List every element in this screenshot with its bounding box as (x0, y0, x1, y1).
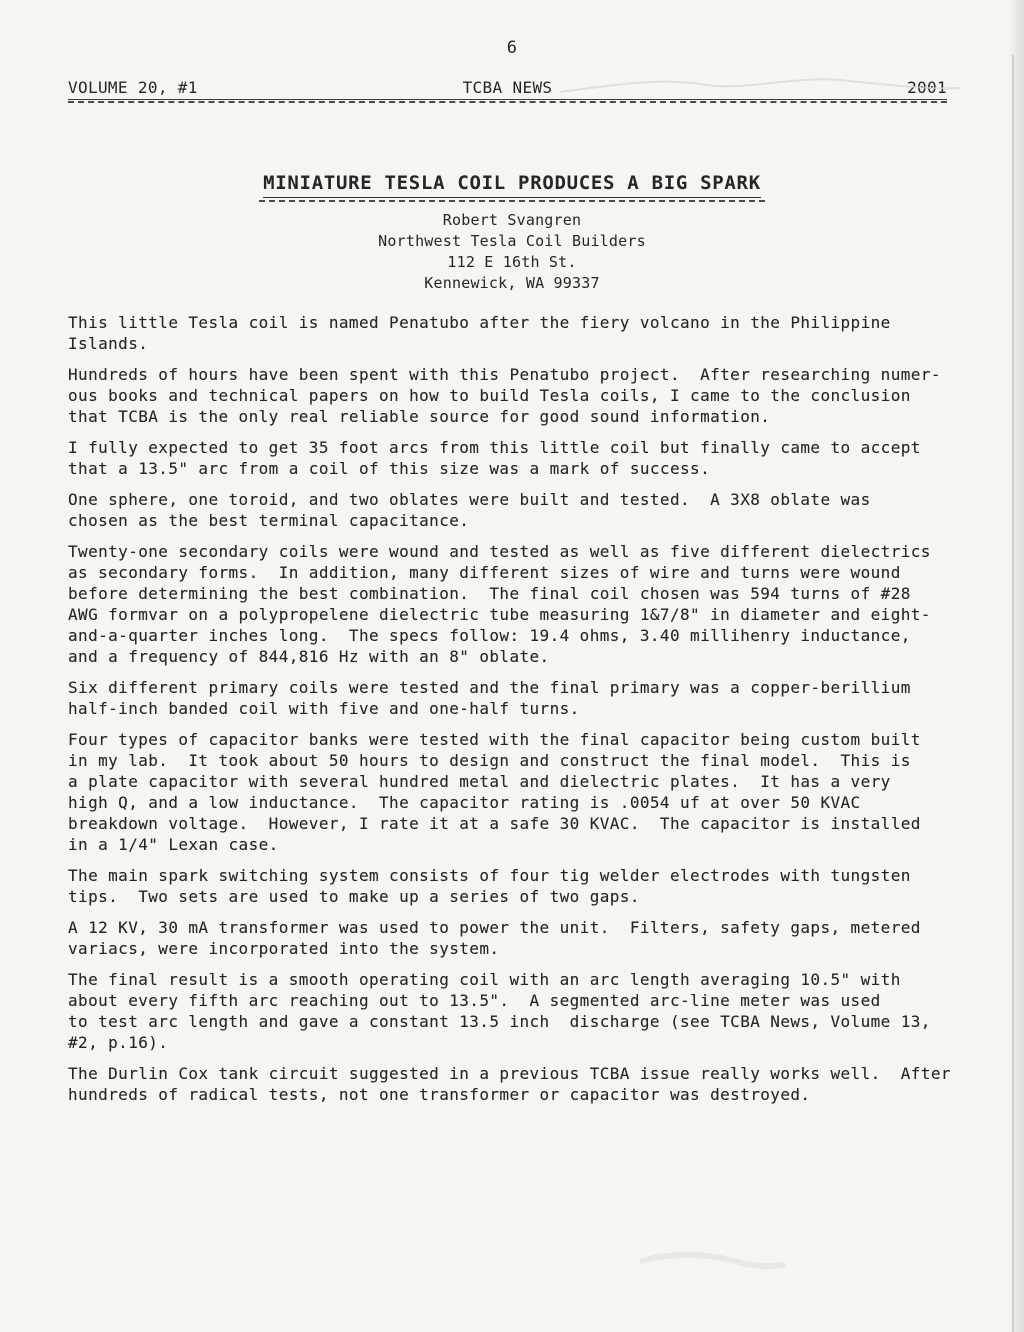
paragraph-secondary: Twenty-one secondary coils were wound an… (68, 541, 968, 667)
paragraph-terminals: One sphere, one toroid, and two oblates … (68, 489, 968, 531)
article-byline: Robert Svangren Northwest Tesla Coil Bui… (0, 210, 1024, 294)
byline-organization: Northwest Tesla Coil Builders (0, 231, 1024, 252)
paragraph-transformer: A 12 KV, 30 mA transformer was used to p… (68, 917, 968, 959)
paragraph-intro: This little Tesla coil is named Penatubo… (68, 312, 968, 354)
paragraph-arc-length: I fully expected to get 35 foot arcs fro… (68, 437, 968, 479)
paragraph-final-result: The final result is a smooth operating c… (68, 969, 968, 1053)
header-publication-name: TCBA NEWS (463, 77, 553, 98)
byline-street-address: 112 E 16th St. (0, 252, 1024, 273)
paragraph-tank-circuit: The Durlin Cox tank circuit suggested in… (68, 1063, 968, 1105)
scanned-newsletter-page: 6 VOLUME 20, #1 TCBA NEWS 2001 MINIATURE… (0, 0, 1024, 1332)
header-volume-issue: VOLUME 20, #1 (68, 77, 198, 98)
page-number: 6 (0, 0, 1024, 59)
paragraph-primary: Six different primary coils were tested … (68, 677, 968, 719)
article-body: This little Tesla coil is named Penatubo… (68, 312, 968, 1105)
paragraph-research: Hundreds of hours have been spent with t… (68, 364, 968, 427)
byline-author: Robert Svangren (0, 210, 1024, 231)
article-title: MINIATURE TESLA COIL PRODUCES A BIG SPAR… (263, 172, 761, 198)
article-title-wrap: MINIATURE TESLA COIL PRODUCES A BIG SPAR… (0, 172, 1024, 198)
byline-city-state-zip: Kennewick, WA 99337 (0, 273, 1024, 294)
scan-edge-shadow (1008, 0, 1024, 1332)
paragraph-capacitor: Four types of capacitor banks were teste… (68, 729, 968, 855)
page-header: VOLUME 20, #1 TCBA NEWS 2001 (68, 77, 947, 100)
header-year: 2001 (907, 77, 947, 98)
paragraph-spark-gap: The main spark switching system consists… (68, 865, 968, 907)
